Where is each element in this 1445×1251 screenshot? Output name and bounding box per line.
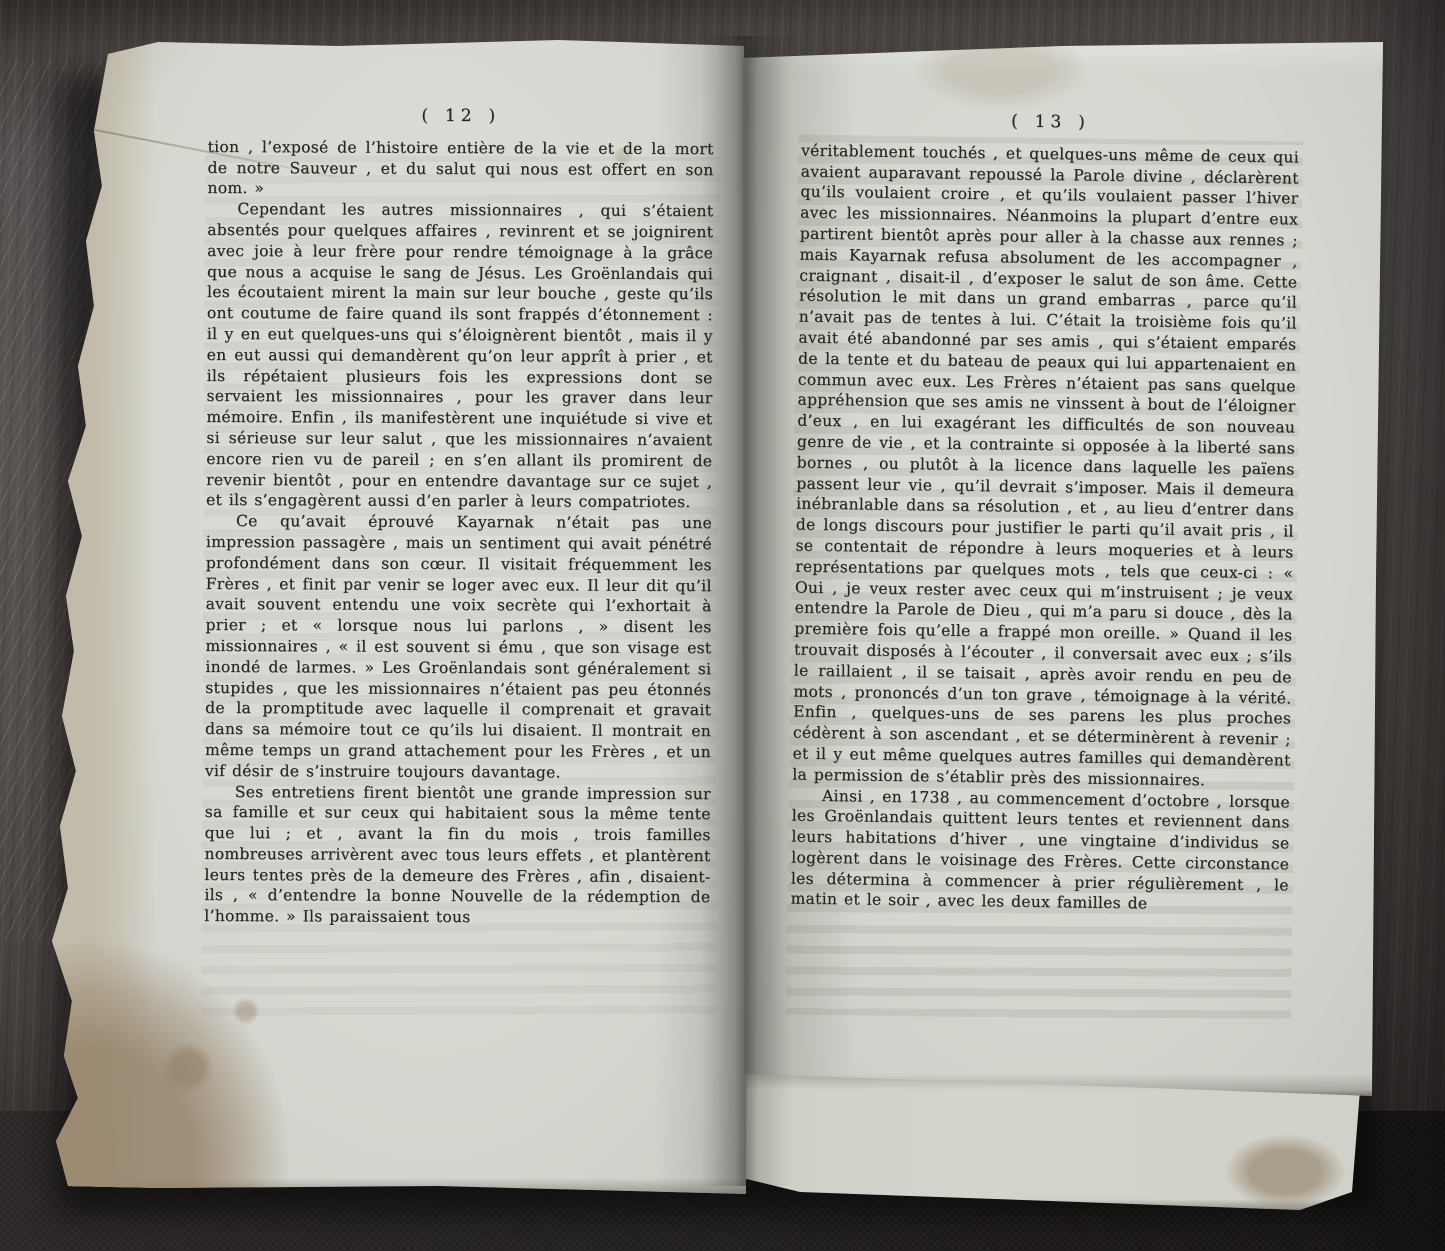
paragraph: Ainsi , en 1738 , au commencement d’octo… [790,785,1290,917]
left-page-text: ( 12 ) tion , l’exposé de l’histoire ent… [204,105,714,929]
paragraph: véritablement touchés , et quelques-uns … [792,140,1299,792]
paragraph: Cependant les autres missionnaires , qui… [206,199,713,513]
page-number-right: ( 13 ) [801,109,1299,137]
right-page-text: ( 13 ) véritablement touchés , et quelqu… [790,109,1299,917]
right-page: ( 13 ) véritablement touchés , et quelqu… [742,38,1390,1100]
open-book: ( 12 ) tion , l’exposé de l’histoire ent… [0,0,1445,1251]
page-number-left: ( 12 ) [208,105,714,128]
paragraph: tion , l’exposé de l’histoire entière de… [207,137,713,202]
photo-background: ( 12 ) tion , l’exposé de l’histoire ent… [0,0,1445,1251]
paragraph: Ce qu’avait éprouvé Kayarnak n’était pas… [205,511,712,784]
paragraph: Ses entretiens firent bientôt une grande… [204,781,711,929]
left-page: ( 12 ) tion , l’exposé de l’histoire ent… [38,36,750,1198]
